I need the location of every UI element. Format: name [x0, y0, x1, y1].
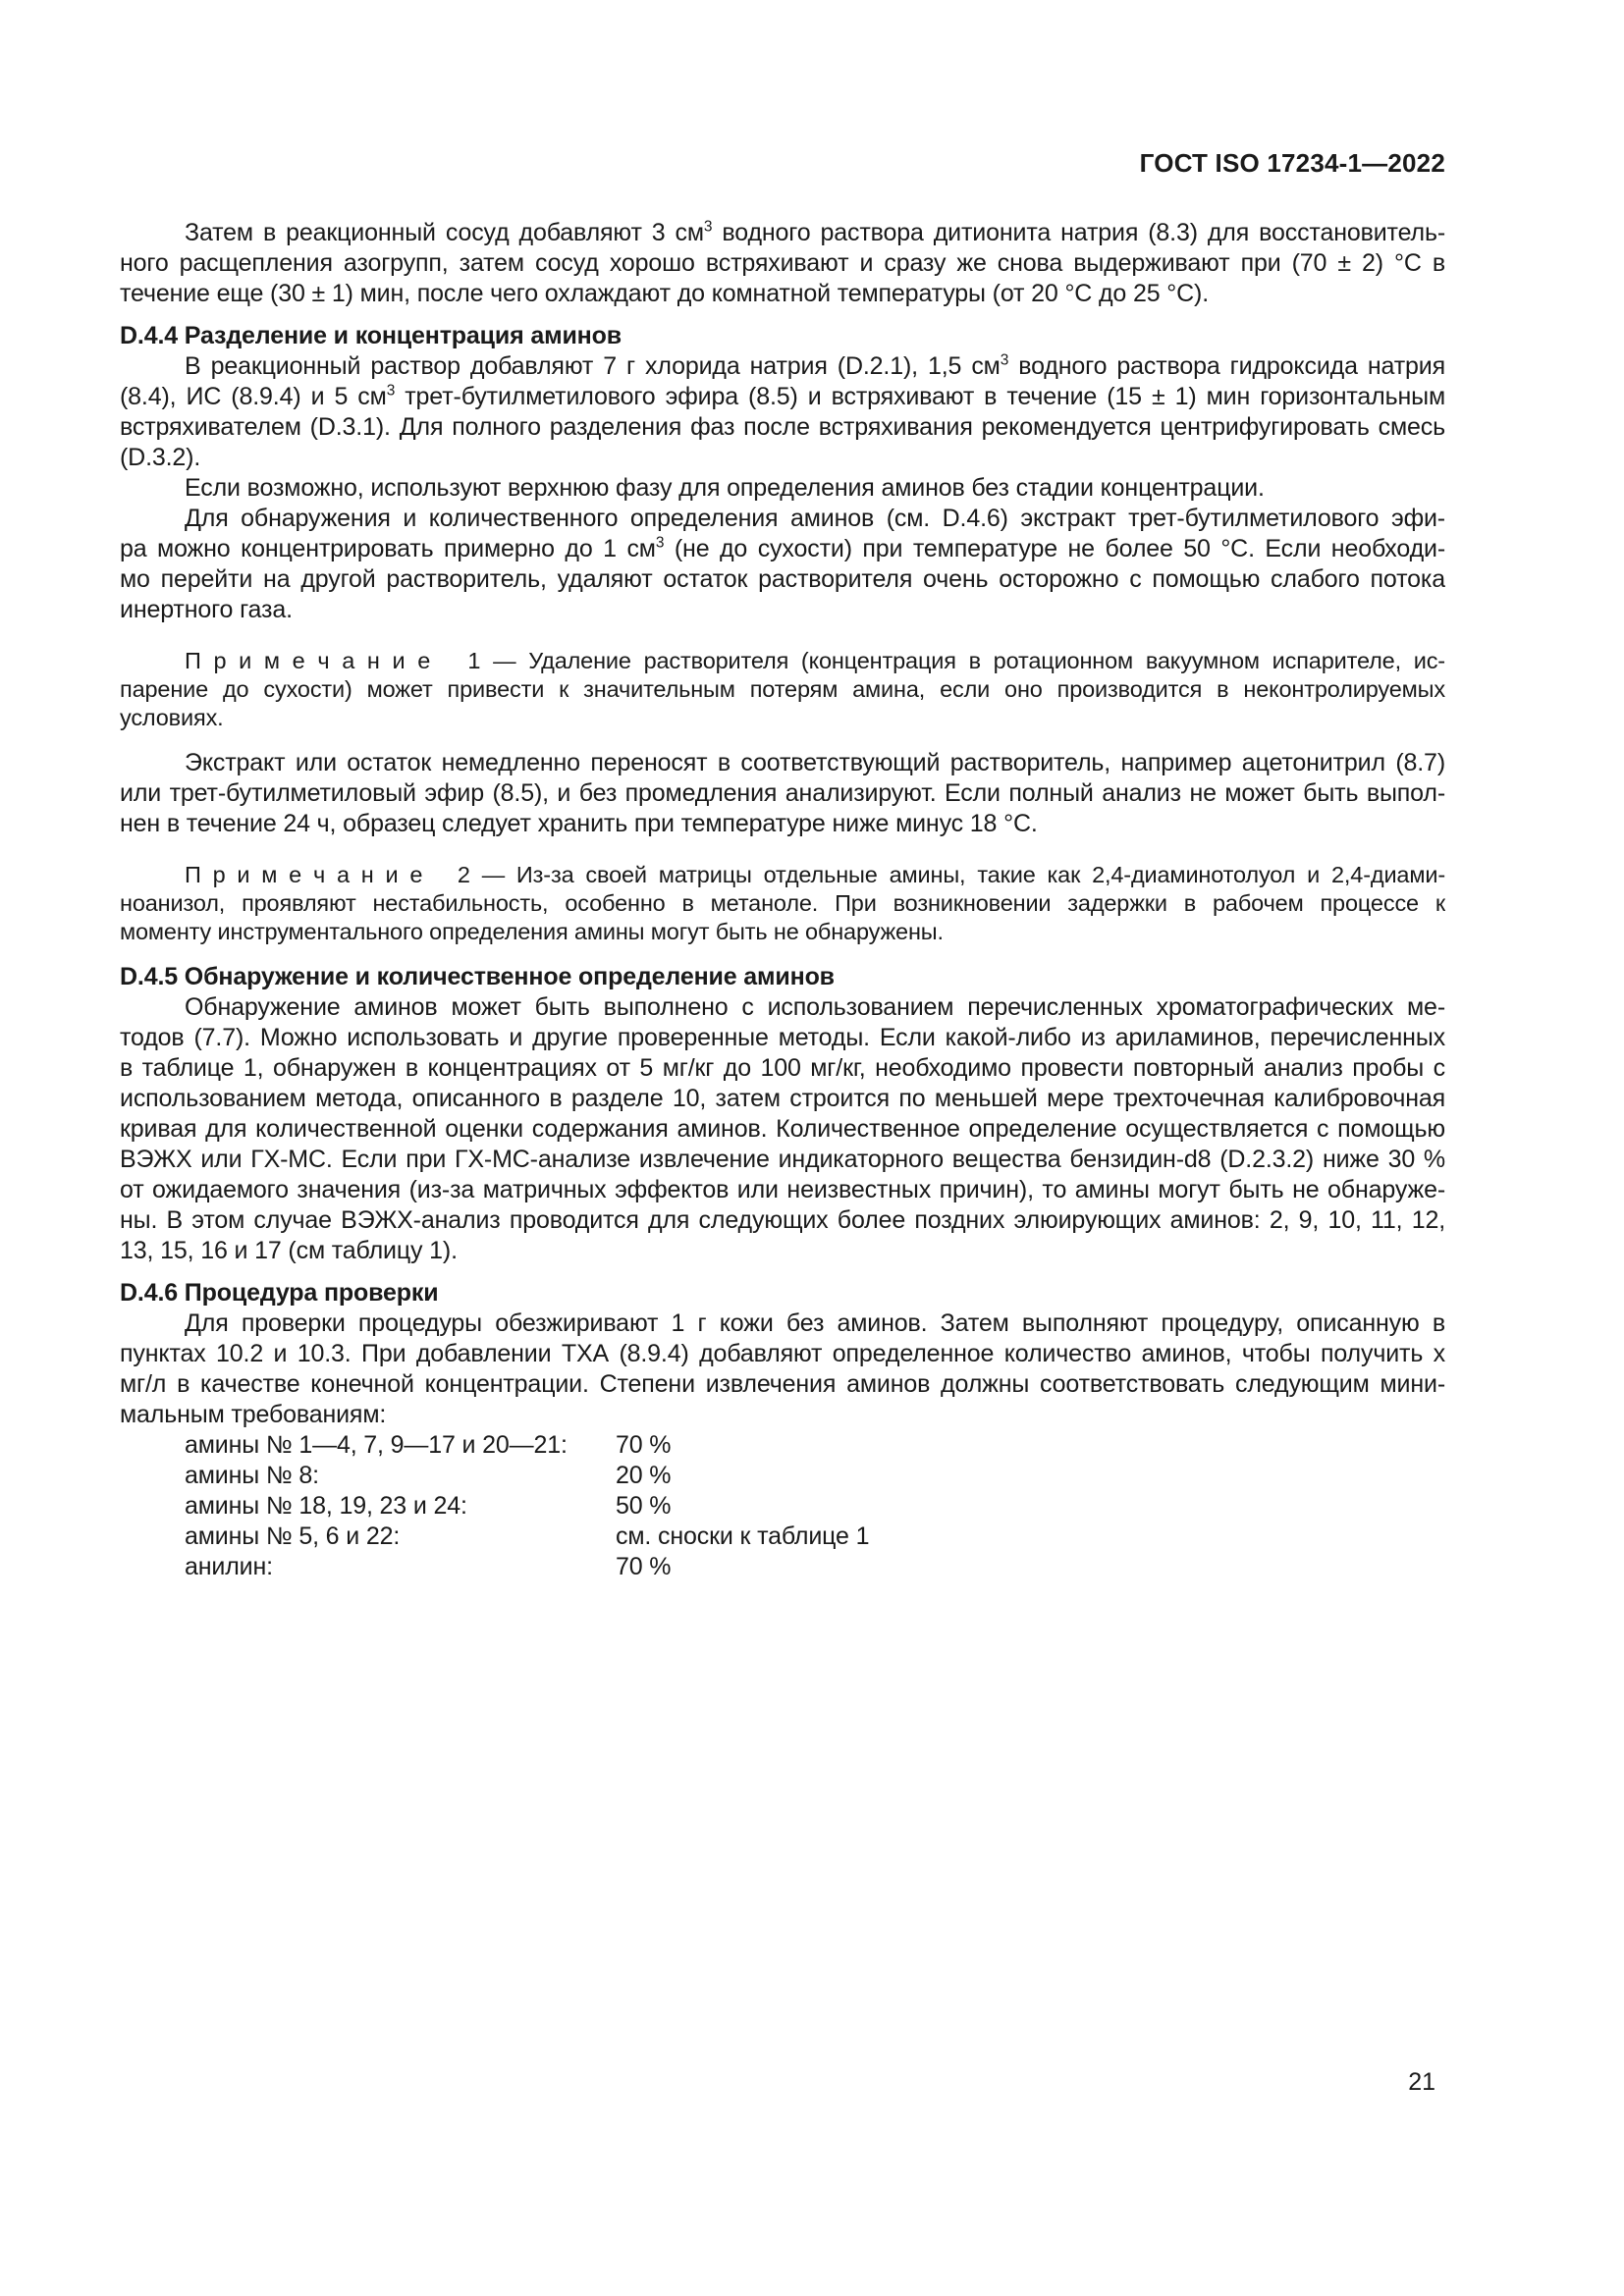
paragraph: Если возможно, используют верхнюю фазу д…	[120, 473, 1445, 504]
standard-code: ГОСТ ISO 17234-1—2022	[1140, 148, 1445, 178]
text-line: В реакционный раствор добавляют 7 г хлор…	[120, 351, 1445, 382]
recovery-value: 20 %	[616, 1461, 671, 1491]
text-line: ного расщепления азогрупп, затем сосуд х…	[120, 248, 1445, 279]
text-line: нен в течение 24 ч, образец следует хран…	[120, 809, 1445, 839]
text-line: в таблице 1, обнаружен в концентрациях о…	[120, 1053, 1445, 1084]
text-line: Если возможно, используют верхнюю фазу д…	[120, 473, 1445, 504]
text-line: ноанизол, проявляют нестабильность, особ…	[120, 889, 1445, 918]
note: П р и м е ч а н и е 1 — Удаление раствор…	[120, 647, 1445, 732]
list-item: амины № 5, 6 и 22:см. сноски к таблице 1	[120, 1522, 1445, 1552]
recovery-value: см. сноски к таблице 1	[616, 1522, 869, 1552]
paragraph: Обнаружение аминов может быть выполнено …	[120, 992, 1445, 1266]
paragraph: Экстракт или остаток немедленно перенося…	[120, 748, 1445, 839]
recovery-value: 70 %	[616, 1552, 671, 1582]
paragraph: Для проверки процедуры обезжиривают 1 г …	[120, 1308, 1445, 1430]
recovery-value: 50 %	[616, 1491, 671, 1522]
text-line: кривая для количественной оценки содержа…	[120, 1114, 1445, 1145]
amine-label: амины № 8:	[185, 1461, 616, 1491]
text-line: ра можно концентрировать примерно до 1 с…	[120, 534, 1445, 564]
text-line: ны. В этом случае ВЭЖХ-анализ проводится…	[120, 1205, 1445, 1236]
document-body: Затем в реакционный сосуд добавляют 3 см…	[120, 218, 1445, 1582]
recovery-requirements-list: амины № 1—4, 7, 9—17 и 20—21:70 %амины №…	[120, 1430, 1445, 1582]
text-line: моменту инструментального определения ам…	[120, 918, 1445, 946]
amine-label: амины № 18, 19, 23 и 24:	[185, 1491, 616, 1522]
paragraph: В реакционный раствор добавляют 7 г хлор…	[120, 351, 1445, 473]
text-line: П р и м е ч а н и е 2 — Из-за своей матр…	[120, 861, 1445, 889]
text-line: П р и м е ч а н и е 1 — Удаление раствор…	[120, 647, 1445, 675]
section-heading: D.4.6 Процедура проверки	[120, 1278, 1445, 1308]
amine-label: анилин:	[185, 1552, 616, 1582]
text-line: Затем в реакционный сосуд добавляют 3 см…	[120, 218, 1445, 248]
text-line: или трет-бутилметиловый эфир (8.5), и бе…	[120, 778, 1445, 809]
document-header: ГОСТ ISO 17234-1—2022	[120, 147, 1445, 179]
list-item: амины № 1—4, 7, 9—17 и 20—21:70 %	[120, 1430, 1445, 1461]
text-line: 13, 15, 16 и 17 (см таблицу 1).	[120, 1236, 1445, 1266]
text-line: парение до сухости) может привести к зна…	[120, 675, 1445, 704]
amine-label: амины № 1—4, 7, 9—17 и 20—21:	[185, 1430, 616, 1461]
text-line: (8.4), ИС (8.9.4) и 5 см3 трет-бутилмети…	[120, 382, 1445, 412]
text-line: тодов (7.7). Можно использовать и другие…	[120, 1023, 1445, 1053]
paragraph: Затем в реакционный сосуд добавляют 3 см…	[120, 218, 1445, 309]
text-line: мг/л в качестве конечной концентрации. С…	[120, 1369, 1445, 1400]
text-line: Обнаружение аминов может быть выполнено …	[120, 992, 1445, 1023]
text-line: течение еще (30 ± 1) мин, после чего охл…	[120, 279, 1445, 309]
text-line: встряхивателем (D.3.1). Для полного разд…	[120, 412, 1445, 443]
page-number: 21	[1408, 2067, 1435, 2098]
recovery-value: 70 %	[616, 1430, 671, 1461]
document-page: ГОСТ ISO 17234-1—2022 Затем в реакционны…	[0, 0, 1624, 2296]
text-line: инертного газа.	[120, 595, 1445, 625]
section-heading: D.4.5 Обнаружение и количественное опред…	[120, 962, 1445, 992]
text-line: Для проверки процедуры обезжиривают 1 г …	[120, 1308, 1445, 1339]
text-line: Для обнаружения и количественного опреде…	[120, 504, 1445, 534]
text-line: (D.3.2).	[120, 443, 1445, 473]
text-line: пунктах 10.2 и 10.3. При добавлении ТХА …	[120, 1339, 1445, 1369]
amine-label: амины № 5, 6 и 22:	[185, 1522, 616, 1552]
list-item: амины № 18, 19, 23 и 24:50 %	[120, 1491, 1445, 1522]
text-line: мо перейти на другой растворитель, удаля…	[120, 564, 1445, 595]
document-content: ГОСТ ISO 17234-1—2022 Затем в реакционны…	[120, 147, 1445, 1582]
text-line: от ожидаемого значения (из-за матричных …	[120, 1175, 1445, 1205]
text-line: Экстракт или остаток немедленно перенося…	[120, 748, 1445, 778]
section-heading: D.4.4 Разделение и концентрация аминов	[120, 321, 1445, 351]
text-line: условиях.	[120, 704, 1445, 732]
text-line: ВЭЖХ или ГХ-МС. Если при ГХ-МС-анализе и…	[120, 1145, 1445, 1175]
paragraph: Для обнаружения и количественного опреде…	[120, 504, 1445, 625]
text-line: мальным требованиям:	[120, 1400, 1445, 1430]
note: П р и м е ч а н и е 2 — Из-за своей матр…	[120, 861, 1445, 946]
list-item: анилин:70 %	[120, 1552, 1445, 1582]
text-line: использованием метода, описанного в разд…	[120, 1084, 1445, 1114]
list-item: амины № 8:20 %	[120, 1461, 1445, 1491]
